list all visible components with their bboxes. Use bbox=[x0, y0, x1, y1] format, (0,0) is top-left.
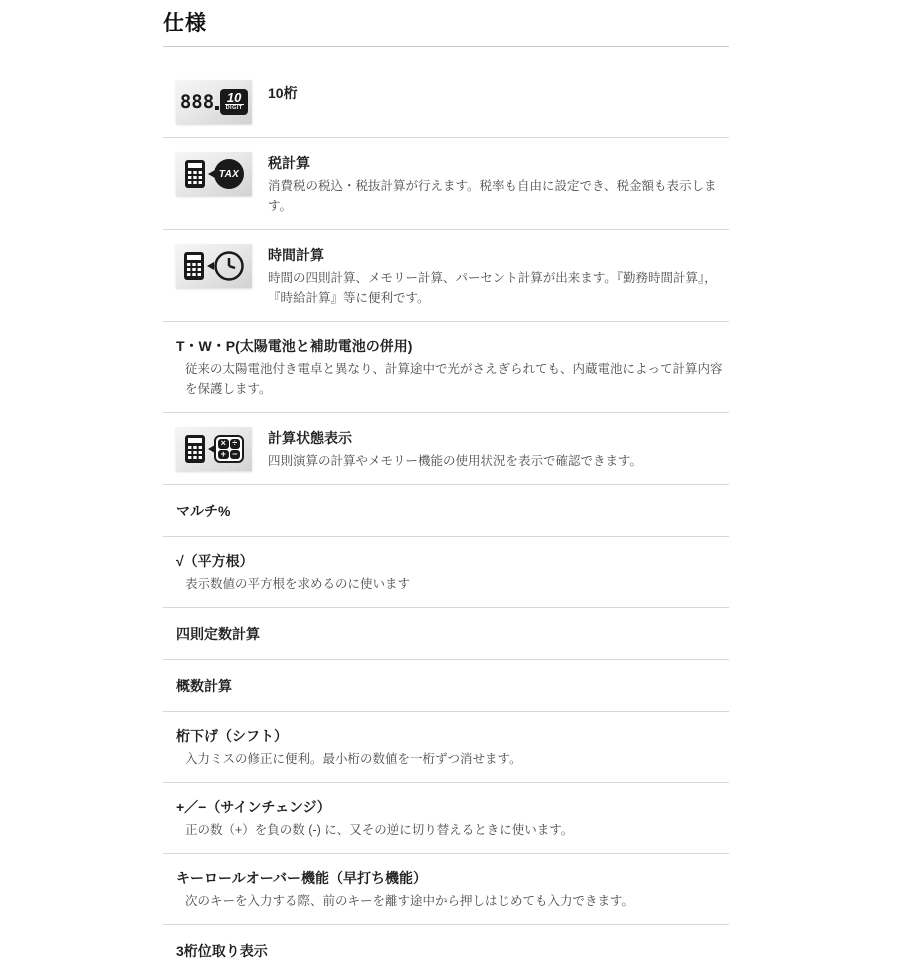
spec-title: キーロールオーバー機能（早打ち機能） bbox=[176, 868, 725, 888]
spec-title: 税計算 bbox=[268, 153, 725, 173]
spec-title: マルチ% bbox=[176, 501, 725, 521]
spec-desc: 時間の四則計算、メモリー計算、パーセント計算が出来ます。『勤務時間計算』，『時給… bbox=[268, 268, 725, 308]
spec-title: 時間計算 bbox=[268, 245, 725, 265]
tax-calculator-icon: TAX bbox=[176, 152, 252, 196]
digit-badge-number: 10 bbox=[227, 92, 241, 104]
key-divide: ÷ bbox=[230, 439, 241, 449]
spec-row-sqrt: √（平方根） 表示数値の平方根を求めるのに使います bbox=[163, 537, 729, 608]
spec-row-key-rollover: キーロールオーバー機能（早打ち機能） 次のキーを入力する際、前のキーを離す途中か… bbox=[163, 854, 729, 900]
spec-row-multi-percent: マルチ% bbox=[163, 485, 729, 537]
spec-desc: 消費税の税込・税抜計算が行えます。税率も自由に設定でき、税金額も表示します。 bbox=[268, 176, 725, 216]
key-minus: − bbox=[230, 450, 241, 460]
digit-badge-label: DIGIT bbox=[225, 104, 244, 112]
tax-label: TAX bbox=[219, 169, 239, 180]
clock-glyph bbox=[213, 250, 245, 282]
spec-desc: 四則演算の計算やメモリー機能の使用状況を表示で確認できます。 bbox=[268, 451, 725, 471]
spec-row-constant-calc: 四則定数計算 bbox=[163, 608, 729, 660]
spec-desc: 正の数（+）を負の数 (-) に、又その逆に切り替えるときに使います。 bbox=[185, 820, 725, 840]
spec-desc: 入力ミスの修正に便利。最小桁の数値を一桁ずつ消せます。 bbox=[185, 749, 725, 769]
spec-row-twp: T・W・P(太陽電池と補助電池の併用) 従来の太陽電池付き電卓と異なり、計算途中… bbox=[163, 322, 729, 413]
digit-badge: 10 DIGIT bbox=[220, 89, 248, 115]
spec-desc: 次のキーを入力する際、前のキーを離す途中から押しはじめても入力できます。 bbox=[185, 891, 725, 900]
spec-row-time: 時間計算 時間の四則計算、メモリー計算、パーセント計算が出来ます。『勤務時間計算… bbox=[163, 230, 729, 322]
spec-desc: 表示数値の平方根を求めるのに使います bbox=[185, 574, 725, 594]
spec-section: 仕様 888 10 DIGIT 10桁 bbox=[163, 0, 729, 900]
time-calculator-icon bbox=[176, 244, 252, 288]
spec-row-sign-change: +／−（サインチェンジ） 正の数（+）を負の数 (-) に、又その逆に切り替える… bbox=[163, 783, 729, 854]
spec-row-digits: 888 10 DIGIT 10桁 bbox=[163, 47, 729, 138]
spec-title: 概数計算 bbox=[176, 676, 725, 696]
key-multiply: × bbox=[218, 439, 229, 449]
operator-keypad-glyph: × ÷ + − bbox=[214, 435, 244, 463]
calc-status-icon: × ÷ + − bbox=[176, 427, 252, 471]
spec-title: 四則定数計算 bbox=[176, 624, 725, 644]
spec-row-approx-calc: 概数計算 bbox=[163, 660, 729, 712]
segment-digits: 888 bbox=[180, 93, 214, 112]
spec-row-tax: TAX 税計算 消費税の税込・税抜計算が行えます。税率も自由に設定でき、税金額も… bbox=[163, 138, 729, 230]
calculator-glyph bbox=[184, 159, 206, 189]
spec-title: +／−（サインチェンジ） bbox=[176, 797, 725, 817]
spec-title: 10桁 bbox=[268, 83, 725, 103]
ten-digit-display-icon: 888 10 DIGIT bbox=[176, 80, 252, 124]
tax-circle: TAX bbox=[214, 159, 244, 189]
spec-title: 計算状態表示 bbox=[268, 428, 725, 448]
spec-title: √（平方根） bbox=[176, 551, 725, 571]
spec-row-status: × ÷ + − 計算状態表示 四則演算の計算やメモリー機能の使用状況を表示で確認… bbox=[163, 413, 729, 485]
calculator-glyph bbox=[183, 251, 205, 281]
spec-row-shift: 桁下げ（シフト） 入力ミスの修正に便利。最小桁の数値を一桁ずつ消せます。 bbox=[163, 712, 729, 783]
page-title: 仕様 bbox=[163, 0, 729, 46]
spec-title: T・W・P(太陽電池と補助電池の併用) bbox=[176, 336, 725, 356]
calculator-glyph bbox=[184, 434, 206, 464]
key-plus: + bbox=[218, 450, 229, 460]
spec-desc: 従来の太陽電池付き電卓と異なり、計算途中で光がさえぎられても、内蔵電池によって計… bbox=[185, 359, 725, 399]
spec-title: 桁下げ（シフト） bbox=[176, 726, 725, 746]
decimal-dot bbox=[215, 106, 219, 110]
